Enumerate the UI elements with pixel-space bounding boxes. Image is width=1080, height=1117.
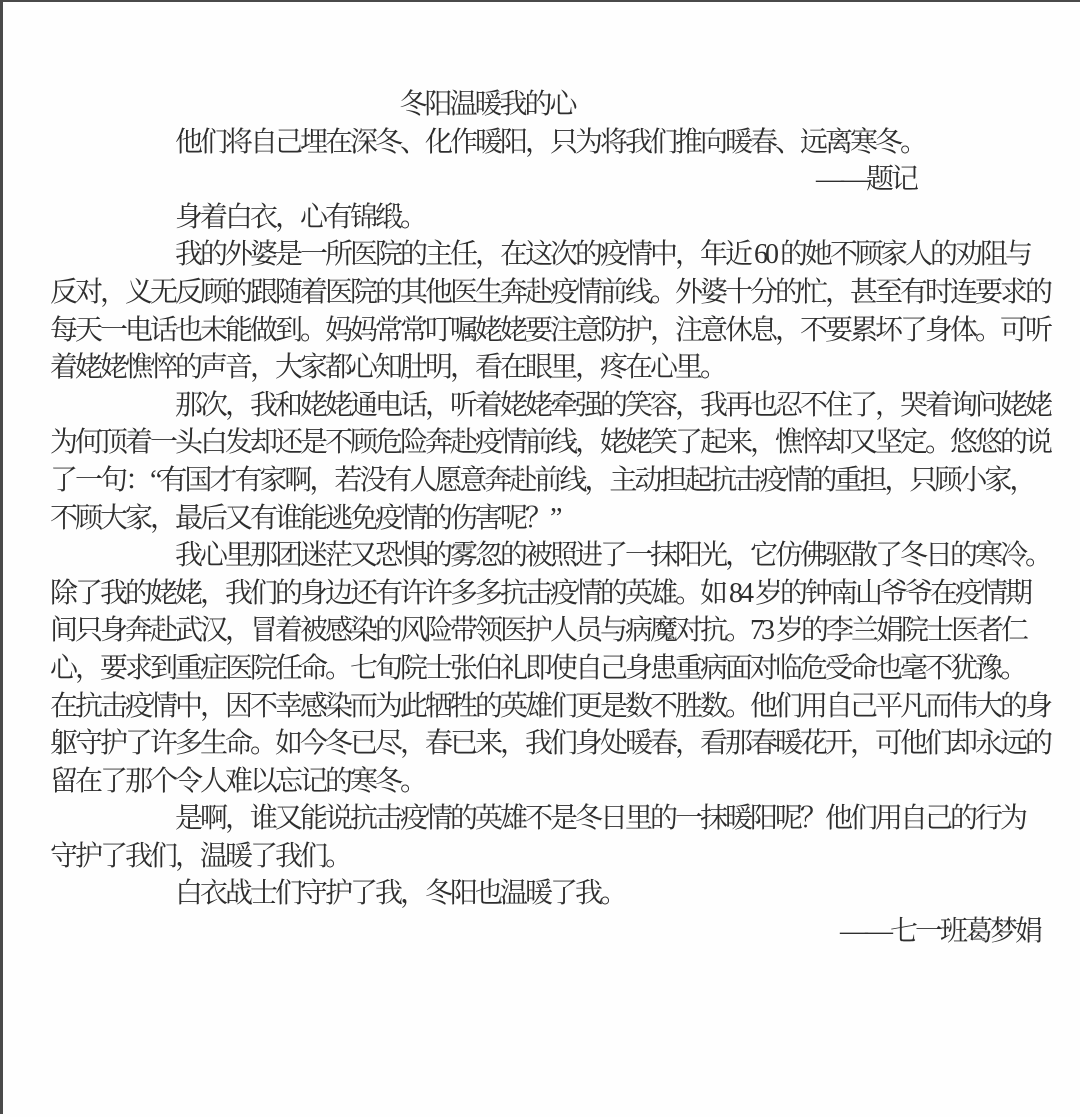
body-line: 我的外婆是一所医院的主任，在这次的疫情中，年近 60 的她不顾家人的劝阻与 <box>50 236 1040 274</box>
body-line: 身着白衣，心有锦缎。 <box>50 199 1040 237</box>
body-line: 我心里那团迷茫又恐惧的雾忽的被照进了一抹阳光，它仿佛驱散了冬日的寒冷。 <box>50 537 1040 575</box>
body-line: 不顾大家，最后又有谁能逃免疫情的伤害呢？” <box>50 500 1040 538</box>
body-line: 间只身奔赴武汉，冒着被感染的风险带领医护人员与病魔对抗。73 岁的李兰娟院士医者… <box>50 612 1040 650</box>
epigraph: 他们将自己埋在深冬、化作暖阳，只为将我们推向暖春、远离寒冬。 <box>50 124 1040 162</box>
body-line: 守护了我们，温暖了我们。 <box>50 838 1040 876</box>
body-line: 留在了那个令人难以忘记的寒冬。 <box>50 763 1040 801</box>
body-line: 那次，我和姥姥通电话，听着姥姥牵强的笑容，我再也忍不住了，哭着询问姥姥 <box>50 387 1040 425</box>
page-top-edge-line <box>0 0 1080 2</box>
body-line: 为何顶着一头白发却还是不顾危险奔赴疫情前线，姥姥笑了起来，憔悴却又坚定。悠悠的说 <box>50 424 1040 462</box>
body-line: 除了我的姥姥，我们的身边还有许许多多抗击疫情的英雄。如 84 岁的钟南山爷爷在疫… <box>50 575 1040 613</box>
body-line: 在抗击疫情中，因不幸感染而为此牺牲的英雄们更是数不胜数。他们用自己平凡而伟大的身 <box>50 688 1040 726</box>
body-line: 心，要求到重症医院任命。七旬院士张伯礼即使自己身患重病面对临危受命也毫不犹豫。 <box>50 650 1040 688</box>
body-line: 着姥姥憔悴的声音，大家都心知肚明，看在眼里，疼在心里。 <box>50 349 1040 387</box>
body-line: 躯守护了许多生命。如今冬已尽，春已来，我们身处暖春，看那春暖花开，可他们却永远的 <box>50 725 1040 763</box>
epigraph-attribution: ——题记 <box>50 161 1040 199</box>
body-line: 每天一电话也未能做到。妈妈常常叮嘱姥姥要注意防护，注意休息，不要累坏了身体。可听 <box>50 312 1040 350</box>
body-line: 了一句：“有国才有家啊，若没有人愿意奔赴前线，主动担起抗击疫情的重担，只顾小家， <box>50 462 1040 500</box>
essay-title: 冬阳温暖我的心 <box>50 86 1040 124</box>
signature: ——七一班葛梦娟 <box>50 913 1040 951</box>
essay-page: 冬阳温暖我的心他们将自己埋在深冬、化作暖阳，只为将我们推向暖春、远离寒冬。——题… <box>50 86 1040 951</box>
body-line: 白衣战士们守护了我，冬阳也温暖了我。 <box>50 875 1040 913</box>
page-left-edge-line <box>0 0 3 1114</box>
body-line: 是啊，谁又能说抗击疫情的英雄不是冬日里的一抹暖阳呢？他们用自己的行为 <box>50 800 1040 838</box>
body-line: 反对，义无反顾的跟随着医院的其他医生奔赴疫情前线。外婆十分的忙，甚至有时连要求的 <box>50 274 1040 312</box>
